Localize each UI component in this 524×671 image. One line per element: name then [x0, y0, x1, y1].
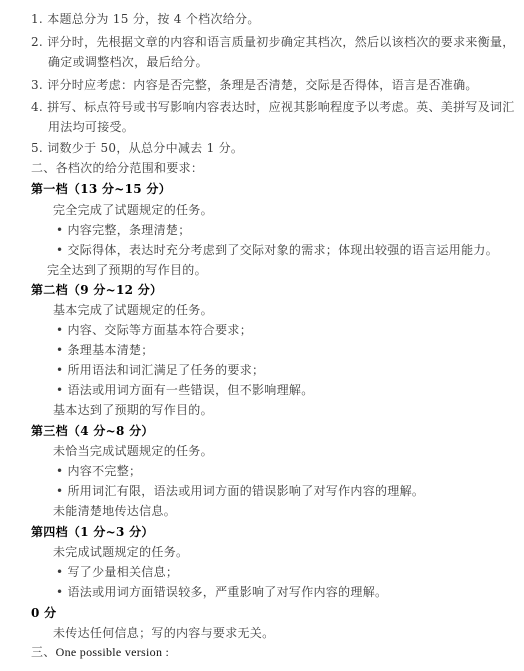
grade-2-summary: 基本完成了试题规定的任务。 — [53, 303, 213, 317]
rule-2-cont: 确定或调整档次，最后给分。 — [48, 55, 208, 69]
grade-2-conclusion: 基本达到了预期的写作目的。 — [53, 403, 213, 417]
grade-2-title: 第二档（9 分~12 分） — [31, 283, 162, 297]
grade-4-bullet: • 语法或用词方面错误较多，严重影响了对写作内容的理解。 — [56, 585, 387, 599]
grade-2-bullet: • 内容、交际等方面基本符合要求； — [56, 323, 252, 337]
rule-4: 4. 拼写、标点符号或书写影响内容表达时，应视其影响程度予以考虑。英、美拼写及词… — [31, 100, 515, 114]
rule-2: 2. 评分时，先根据文章的内容和语言质量初步确定其档次，然后以该档次的要求来衡量… — [31, 35, 515, 49]
grade-1-conclusion: 完全达到了预期的写作目的。 — [47, 263, 207, 277]
grade-4-bullet: • 写了少量相关信息； — [56, 565, 178, 579]
grade-3-bullet: • 所用词汇有限，语法或用词方面的错误影响了对写作内容的理解。 — [56, 484, 424, 498]
grade-3-summary: 未恰当完成试题规定的任务。 — [53, 444, 213, 458]
grade-4-title: 第四档（1 分~3 分） — [31, 525, 154, 539]
grade-3-conclusion: 未能清楚地传达信息。 — [53, 504, 176, 518]
grade-3-bullet: • 内容不完整； — [56, 464, 141, 478]
grade-4-summary: 未完成试题规定的任务。 — [53, 545, 188, 559]
grade-1-title: 第一档（13 分~15 分） — [31, 182, 171, 196]
grade-2-bullet: • 条理基本清楚； — [56, 343, 154, 357]
rule-5: 5. 词数少于 50，从总分中减去 1 分。 — [31, 141, 243, 155]
grade-2-bullet: • 所用语法和词汇满足了任务的要求； — [56, 363, 264, 377]
grade-1-summary: 完全完成了试题规定的任务。 — [53, 203, 213, 217]
grade-0-summary: 未传达任何信息；写的内容与要求无关。 — [53, 626, 274, 640]
grade-1-bullet: • 交际得体，表达时充分考虑到了交际对象的需求；体现出较强的语言运用能力。 — [56, 243, 498, 257]
section-2-title: 二、各档次的给分范围和要求： — [31, 161, 203, 175]
grade-0-title: 0 分 — [31, 606, 56, 620]
rule-1: 1. 本题总分为 15 分，按 4 个档次给分。 — [31, 12, 260, 26]
grade-3-title: 第三档（4 分~8 分） — [31, 424, 154, 438]
rule-4-cont: 用法均可接受。 — [48, 120, 134, 134]
grade-1-bullet: • 内容完整，条理清楚； — [56, 223, 191, 237]
rule-3: 3. 评分时应考虑：内容是否完整，条理是否清楚，交际是否得体，语言是否准确。 — [31, 78, 478, 92]
grade-2-bullet: • 语法或用词方面有一些错误，但不影响理解。 — [56, 383, 314, 397]
section-3-title: 三、One possible version : — [31, 645, 169, 659]
